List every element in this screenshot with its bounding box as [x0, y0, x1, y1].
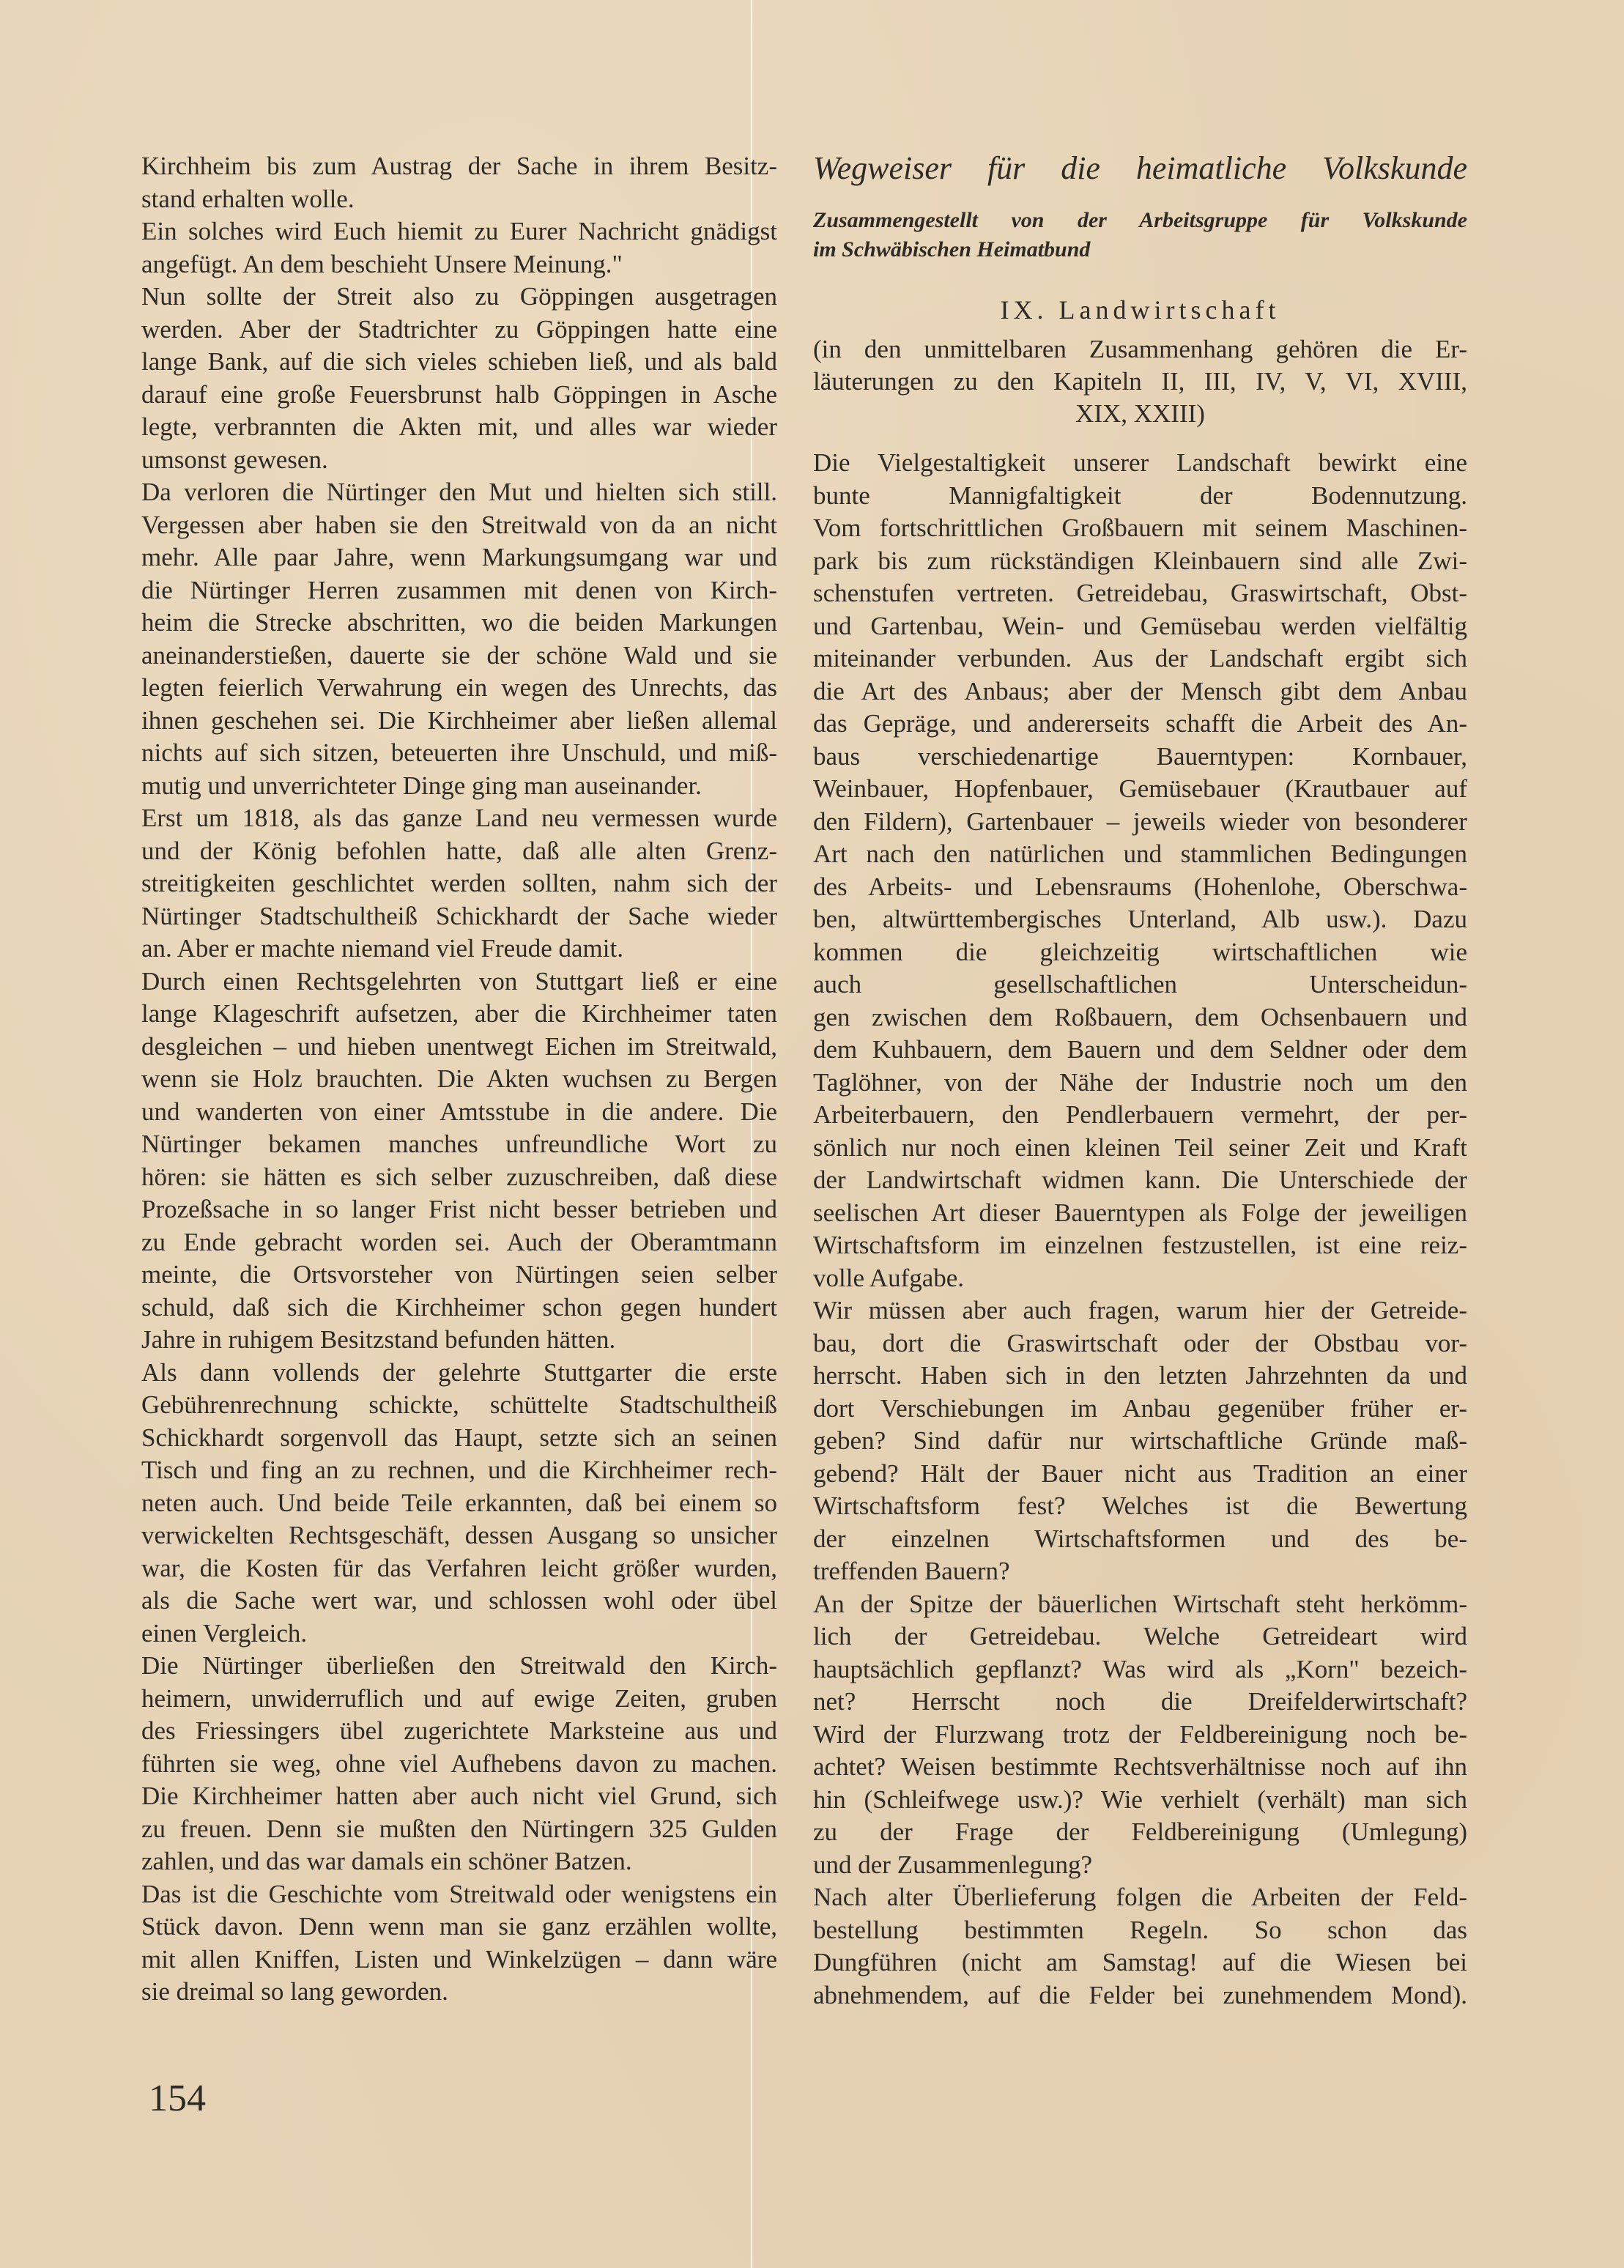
text-line: des Arbeits- und Lebensraums (Hohenlohe,…: [813, 871, 1467, 903]
text-line: Vom fortschrittlichen Großbauern mit sei…: [813, 512, 1467, 544]
text-line: abnehmendem, auf die Felder bei zunehmen…: [813, 1979, 1467, 2012]
text-line: meinte, die Ortsvorsteher von Nürtingen …: [141, 1259, 777, 1291]
text-line: mit allen Kniffen, Listen und Winkelzüge…: [141, 1943, 777, 1976]
section-heading: IX. Landwirtschaft: [813, 293, 1467, 327]
text-line: und Gartenbau, Wein- und Gemüsebau werde…: [813, 610, 1467, 642]
text-line: hören: sie hätten es sich selber zuzusch…: [141, 1161, 777, 1193]
text-line: einen Vergleich.: [141, 1617, 777, 1650]
text-line: baus verschiedenartige Bauerntypen: Korn…: [813, 741, 1467, 773]
text-line: Nürtinger Stadtschultheiß Schickhardt de…: [141, 900, 777, 933]
text-line: achtet? Weisen bestimmte Rechtsverhältni…: [813, 1751, 1467, 1783]
text-line: mutig und unverrichteter Dinge ging man …: [141, 770, 777, 802]
text-line: gen zwischen dem Roßbauern, dem Ochsenba…: [813, 1001, 1467, 1034]
text-line: treffenden Bauern?: [813, 1555, 1467, 1587]
text-line: zu Ende gebracht worden sei. Auch der Ob…: [141, 1226, 777, 1259]
text-line: Vergessen aber haben sie den Streitwald …: [141, 509, 777, 541]
text-line: ihnen geschehen sei. Die Kirchheimer abe…: [141, 705, 777, 737]
text-line: neten auch. Und beide Teile erkannten, d…: [141, 1487, 777, 1519]
text-line: Prozeßsache in so langer Frist nicht bes…: [141, 1193, 777, 1226]
text-line: führten sie weg, ohne viel Aufhebens dav…: [141, 1748, 777, 1780]
text-line: angefügt. An dem beschieht Unsere Meinun…: [141, 248, 777, 281]
text-line: zahlen, und das war damals ein schöner B…: [141, 1845, 777, 1878]
text-line: Als dann vollends der gelehrte Stuttgart…: [141, 1357, 777, 1389]
text-line: Da verloren die Nürtinger den Mut und hi…: [141, 476, 777, 508]
text-line: Weinbauer, Hopfenbauer, Gemüsebauer (Kra…: [813, 773, 1467, 805]
text-line: sie dreimal so lang geworden.: [141, 1976, 777, 2008]
text-line: Durch einen Rechtsgelehrten von Stuttgar…: [141, 966, 777, 998]
text-line: der Landwirtschaft widmen kann. Die Unte…: [813, 1164, 1467, 1196]
text-line: Nach alter Überlieferung folgen die Arbe…: [813, 1881, 1467, 1913]
text-line: Das ist die Geschichte vom Streitwald od…: [141, 1878, 777, 1911]
text-line: Stück davon. Denn wenn man sie ganz erzä…: [141, 1911, 777, 1943]
text-line: heimern, unwiderruflich und auf ewige Ze…: [141, 1683, 777, 1715]
text-line: lange Bank, auf die sich vieles schieben…: [141, 346, 777, 378]
text-line: bestellung bestimmten Regeln. So schon d…: [813, 1914, 1467, 1946]
text-line: hin (Schleifwege usw.)? Wie verhielt (ve…: [813, 1784, 1467, 1816]
article-subtitle-line: im Schwäbischen Heimatbund: [813, 234, 1467, 265]
text-line: bau, dort die Graswirtschaft oder der Ob…: [813, 1327, 1467, 1360]
text-line: stand erhalten wolle.: [141, 183, 777, 215]
text-line: aneinanderstießen, dauerte sie der schön…: [141, 640, 777, 672]
text-line: Die Nürtinger überließen den Streitwald …: [141, 1650, 777, 1682]
article-subtitle-line: Zusammengestellt von der Arbeitsgruppe f…: [813, 205, 1467, 236]
text-line: den Fildern), Gartenbauer – jeweils wied…: [813, 806, 1467, 838]
text-line: Wirtschaftsform im einzelnen festzustell…: [813, 1229, 1467, 1261]
text-line: nichts auf sich sitzen, beteuerten ihre …: [141, 737, 777, 769]
text-line: zu der Frage der Feldbereinigung (Umlegu…: [813, 1816, 1467, 1848]
text-line: Schickhardt sorgenvoll das Haupt, setzte…: [141, 1422, 777, 1454]
text-line: und wanderten von einer Amtsstube in die…: [141, 1096, 777, 1128]
text-line: ben, altwürttembergisches Unterland, Alb…: [813, 903, 1467, 935]
text-line: Jahre in ruhigem Besitzstand befunden hä…: [141, 1324, 777, 1356]
text-line: und der König befohlen hatte, daß alle a…: [141, 835, 777, 867]
text-line: legte, verbrannten die Akten mit, und al…: [141, 411, 777, 443]
text-line: schenstufen vertreten. Getreidebau, Gras…: [813, 577, 1467, 609]
text-line: Taglöhner, von der Nähe der Industrie no…: [813, 1067, 1467, 1099]
article-title: Wegweiser für die heimatliche Volkskunde: [813, 148, 1467, 189]
text-line: des Friessingers übel zugerichtete Marks…: [141, 1715, 777, 1747]
text-line: desgleichen – und hieben unentwegt Eiche…: [141, 1031, 777, 1063]
text-line: umsonst gewesen.: [141, 444, 777, 476]
text-line: das Gepräge, und andererseits schafft di…: [813, 708, 1467, 740]
text-line: zu freuen. Denn sie mußten den Nürtinger…: [141, 1813, 777, 1845]
text-line: Wirtschaftsform fest? Welches ist die Be…: [813, 1490, 1467, 1522]
text-line: volle Aufgabe.: [813, 1262, 1467, 1294]
text-line: miteinander verbunden. Aus der Landschaf…: [813, 642, 1467, 675]
text-line: lange Klageschrift aufsetzen, aber die K…: [141, 998, 777, 1030]
text-line: Art nach den natürlichen und stammlichen…: [813, 838, 1467, 870]
text-line: wenn sie Holz brauchten. Die Akten wuchs…: [141, 1063, 777, 1095]
text-line: geben? Sind dafür nur wirtschaftliche Gr…: [813, 1425, 1467, 1457]
text-line: Nürtinger bekamen manches unfreundliche …: [141, 1128, 777, 1160]
text-line: als die Sache wert war, und schlossen wo…: [141, 1585, 777, 1617]
text-line: mehr. Alle paar Jahre, wenn Markungsumga…: [141, 541, 777, 574]
text-line: Wir müssen aber auch fragen, warum hier …: [813, 1294, 1467, 1327]
text-line: Dungführen (nicht am Samstag! auf die Wi…: [813, 1946, 1467, 1979]
text-line: dem Kuhbauern, dem Bauern und dem Seldne…: [813, 1034, 1467, 1066]
text-line: heim die Strecke abschritten, wo die bei…: [141, 607, 777, 639]
text-line: Erst um 1818, als das ganze Land neu ver…: [141, 802, 777, 834]
text-line: gebend? Hält der Bauer nicht aus Traditi…: [813, 1458, 1467, 1490]
text-line: verwickelten Rechtsgeschäft, dessen Ausg…: [141, 1519, 777, 1552]
text-line: dort Verschiebungen im Anbau gegenüber f…: [813, 1393, 1467, 1425]
text-line: Die Kirchheimer hatten aber auch nicht v…: [141, 1780, 777, 1812]
text-line: Wird der Flurzwang trotz der Feldbereini…: [813, 1719, 1467, 1751]
text-line: herrscht. Haben sich in den letzten Jahr…: [813, 1360, 1467, 1392]
text-line: Arbeiterbauern, den Pendlerbauern vermeh…: [813, 1099, 1467, 1131]
text-line: Gebührenrechnung schickte, schüttelte St…: [141, 1389, 777, 1421]
text-line: sönlich nur noch einen kleinen Teil sein…: [813, 1132, 1467, 1164]
page-number: 154: [149, 2077, 206, 2121]
text-line: auch gesellschaftlichen Unterscheidun-: [813, 968, 1467, 1001]
text-line: und der Zusammenlegung?: [813, 1849, 1467, 1881]
note-line: (in den unmittelbaren Zusammenhang gehör…: [813, 333, 1467, 366]
note-line: läuterungen zu den Kapiteln II, III, IV,…: [813, 366, 1467, 398]
text-line: lich der Getreidebau. Welche Getreideart…: [813, 1620, 1467, 1653]
text-line: Die Vielgestaltigkeit unserer Landschaft…: [813, 447, 1467, 479]
text-line: kommen die gleichzeitig wirtschaftlichen…: [813, 936, 1467, 968]
text-line: der einzelnen Wirtschaftsformen und des …: [813, 1523, 1467, 1555]
text-line: park bis zum rückständigen Kleinbauern s…: [813, 545, 1467, 577]
text-line: schuld, daß sich die Kirchheimer schon g…: [141, 1291, 777, 1324]
text-line: An der Spitze der bäuerlichen Wirtschaft…: [813, 1588, 1467, 1620]
note-line: XIX, XXIII): [813, 398, 1467, 430]
text-line: werden. Aber der Stadtrichter zu Göpping…: [141, 314, 777, 346]
text-line: Nun sollte der Streit also zu Göppingen …: [141, 281, 777, 313]
text-line: Ein solches wird Euch hiemit zu Eurer Na…: [141, 215, 777, 248]
text-line: hauptsächlich gepflanzt? Was wird als „K…: [813, 1653, 1467, 1686]
text-line: seelischen Art dieser Bauerntypen als Fo…: [813, 1197, 1467, 1229]
text-line: an. Aber er machte niemand viel Freude d…: [141, 933, 777, 965]
text-line: legten feierlich Verwahrung ein wegen de…: [141, 672, 777, 704]
text-line: die Art des Anbaus; aber der Mensch gibt…: [813, 675, 1467, 708]
text-line: Tisch und fing an zu rechnen, und die Ki…: [141, 1454, 777, 1486]
text-line: war, die Kosten für das Verfahren leicht…: [141, 1552, 777, 1585]
text-line: net? Herrscht noch die Dreifelderwirtsch…: [813, 1686, 1467, 1718]
text-line: streitigkeiten geschlichtet werden sollt…: [141, 867, 777, 900]
text-line: bunte Mannigfaltigkeit der Bodennutzung.: [813, 480, 1467, 512]
text-line: Kirchheim bis zum Austrag der Sache in i…: [141, 150, 777, 182]
text-line: die Nürtinger Herren zusammen mit denen …: [141, 574, 777, 607]
text-line: darauf eine große Feuersbrunst halb Göpp…: [141, 379, 777, 411]
